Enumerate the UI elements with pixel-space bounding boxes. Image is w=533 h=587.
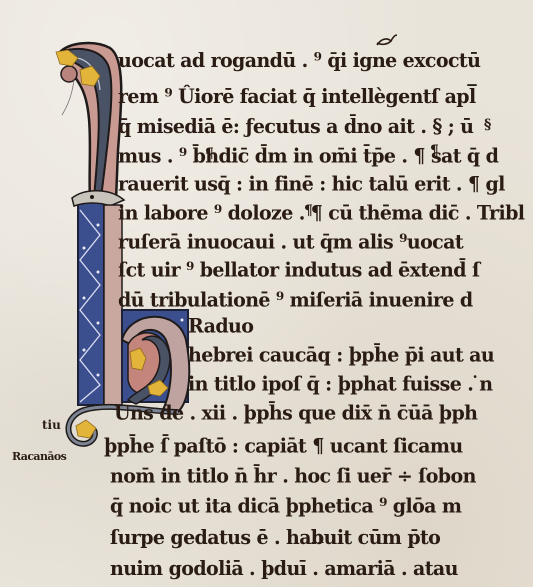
text-line-6: in labore ⁹ doloze . ¶ cū thēma dic̄ .… [118, 202, 524, 225]
margin-note-2: Racanāos [12, 450, 66, 463]
text-line-10: Raduo [188, 315, 253, 338]
text-line-14: þph̄e ſ̄ paſtō : capiāt ¶ ucant ſicamu [104, 435, 463, 458]
text-line-8: ſct uir ⁹ bellator indutus ad ēxtend̄ ſ [118, 259, 480, 282]
text-line-16: q̄ noic ut ita dicā þphetica ⁹ glōa m [110, 495, 461, 518]
text-line-7: ruſerā inuocaui . ut q̄m alis ⁹uocat [118, 231, 463, 254]
text-line-11: hebrei caucāq : þph̄e p̄i aut au [188, 344, 494, 367]
text-line-18: nuim godoliā . þduī . amariā . atau [110, 557, 458, 580]
rubric-mark-2: ¶ [430, 143, 439, 159]
rubric-mark-4: § [484, 117, 491, 133]
rubric-mark-1: ¶ [205, 146, 214, 162]
text-line-1: uocat ad rogandū . ⁹ q̄i igne excoctū [118, 49, 480, 72]
text-line-12: in titlo ipoſ q̄ : þphat fuisse . ̇n [188, 373, 492, 396]
manuscript-text-block: uocat ad rogandū . ⁹ q̄i igne excoctū … [0, 0, 533, 587]
text-line-15: nom̄ in titlo n̄ h̄r . hoc ſi uer̄ ÷ ſob… [110, 465, 476, 488]
text-line-5: rauerit usq̄ : in finē : hic talū erit… [118, 173, 505, 196]
text-line-3: q̄ misediā ē: ƒecutus a d̄no ait . § ;… [118, 115, 473, 138]
manuscript-page: uocat ad rogandū . ⁹ q̄i igne excoctū … [0, 0, 533, 587]
text-line-2: rem ⁹ Ûiorē faciat q̄ intellègentſ apl… [118, 85, 476, 108]
rubric-initial-h: h [311, 527, 324, 548]
text-line-4: mus . ⁹ b̄ndic̄ d̄m in om̄i t̄p̄e . ¶ sa… [118, 145, 498, 168]
text-line-13: Uns de . xii . þph̄s que dix̄ n̄ c̄ūā … [114, 402, 477, 425]
text-line-17: ſurpe gedatus ē . habuit cūm p̄to [110, 526, 440, 549]
margin-note-1: tiu [42, 418, 61, 432]
rubric-mark-3: ¶ [304, 203, 313, 219]
text-line-9: dū tribulationē ⁹ miſeriā inuenire d [118, 289, 473, 312]
